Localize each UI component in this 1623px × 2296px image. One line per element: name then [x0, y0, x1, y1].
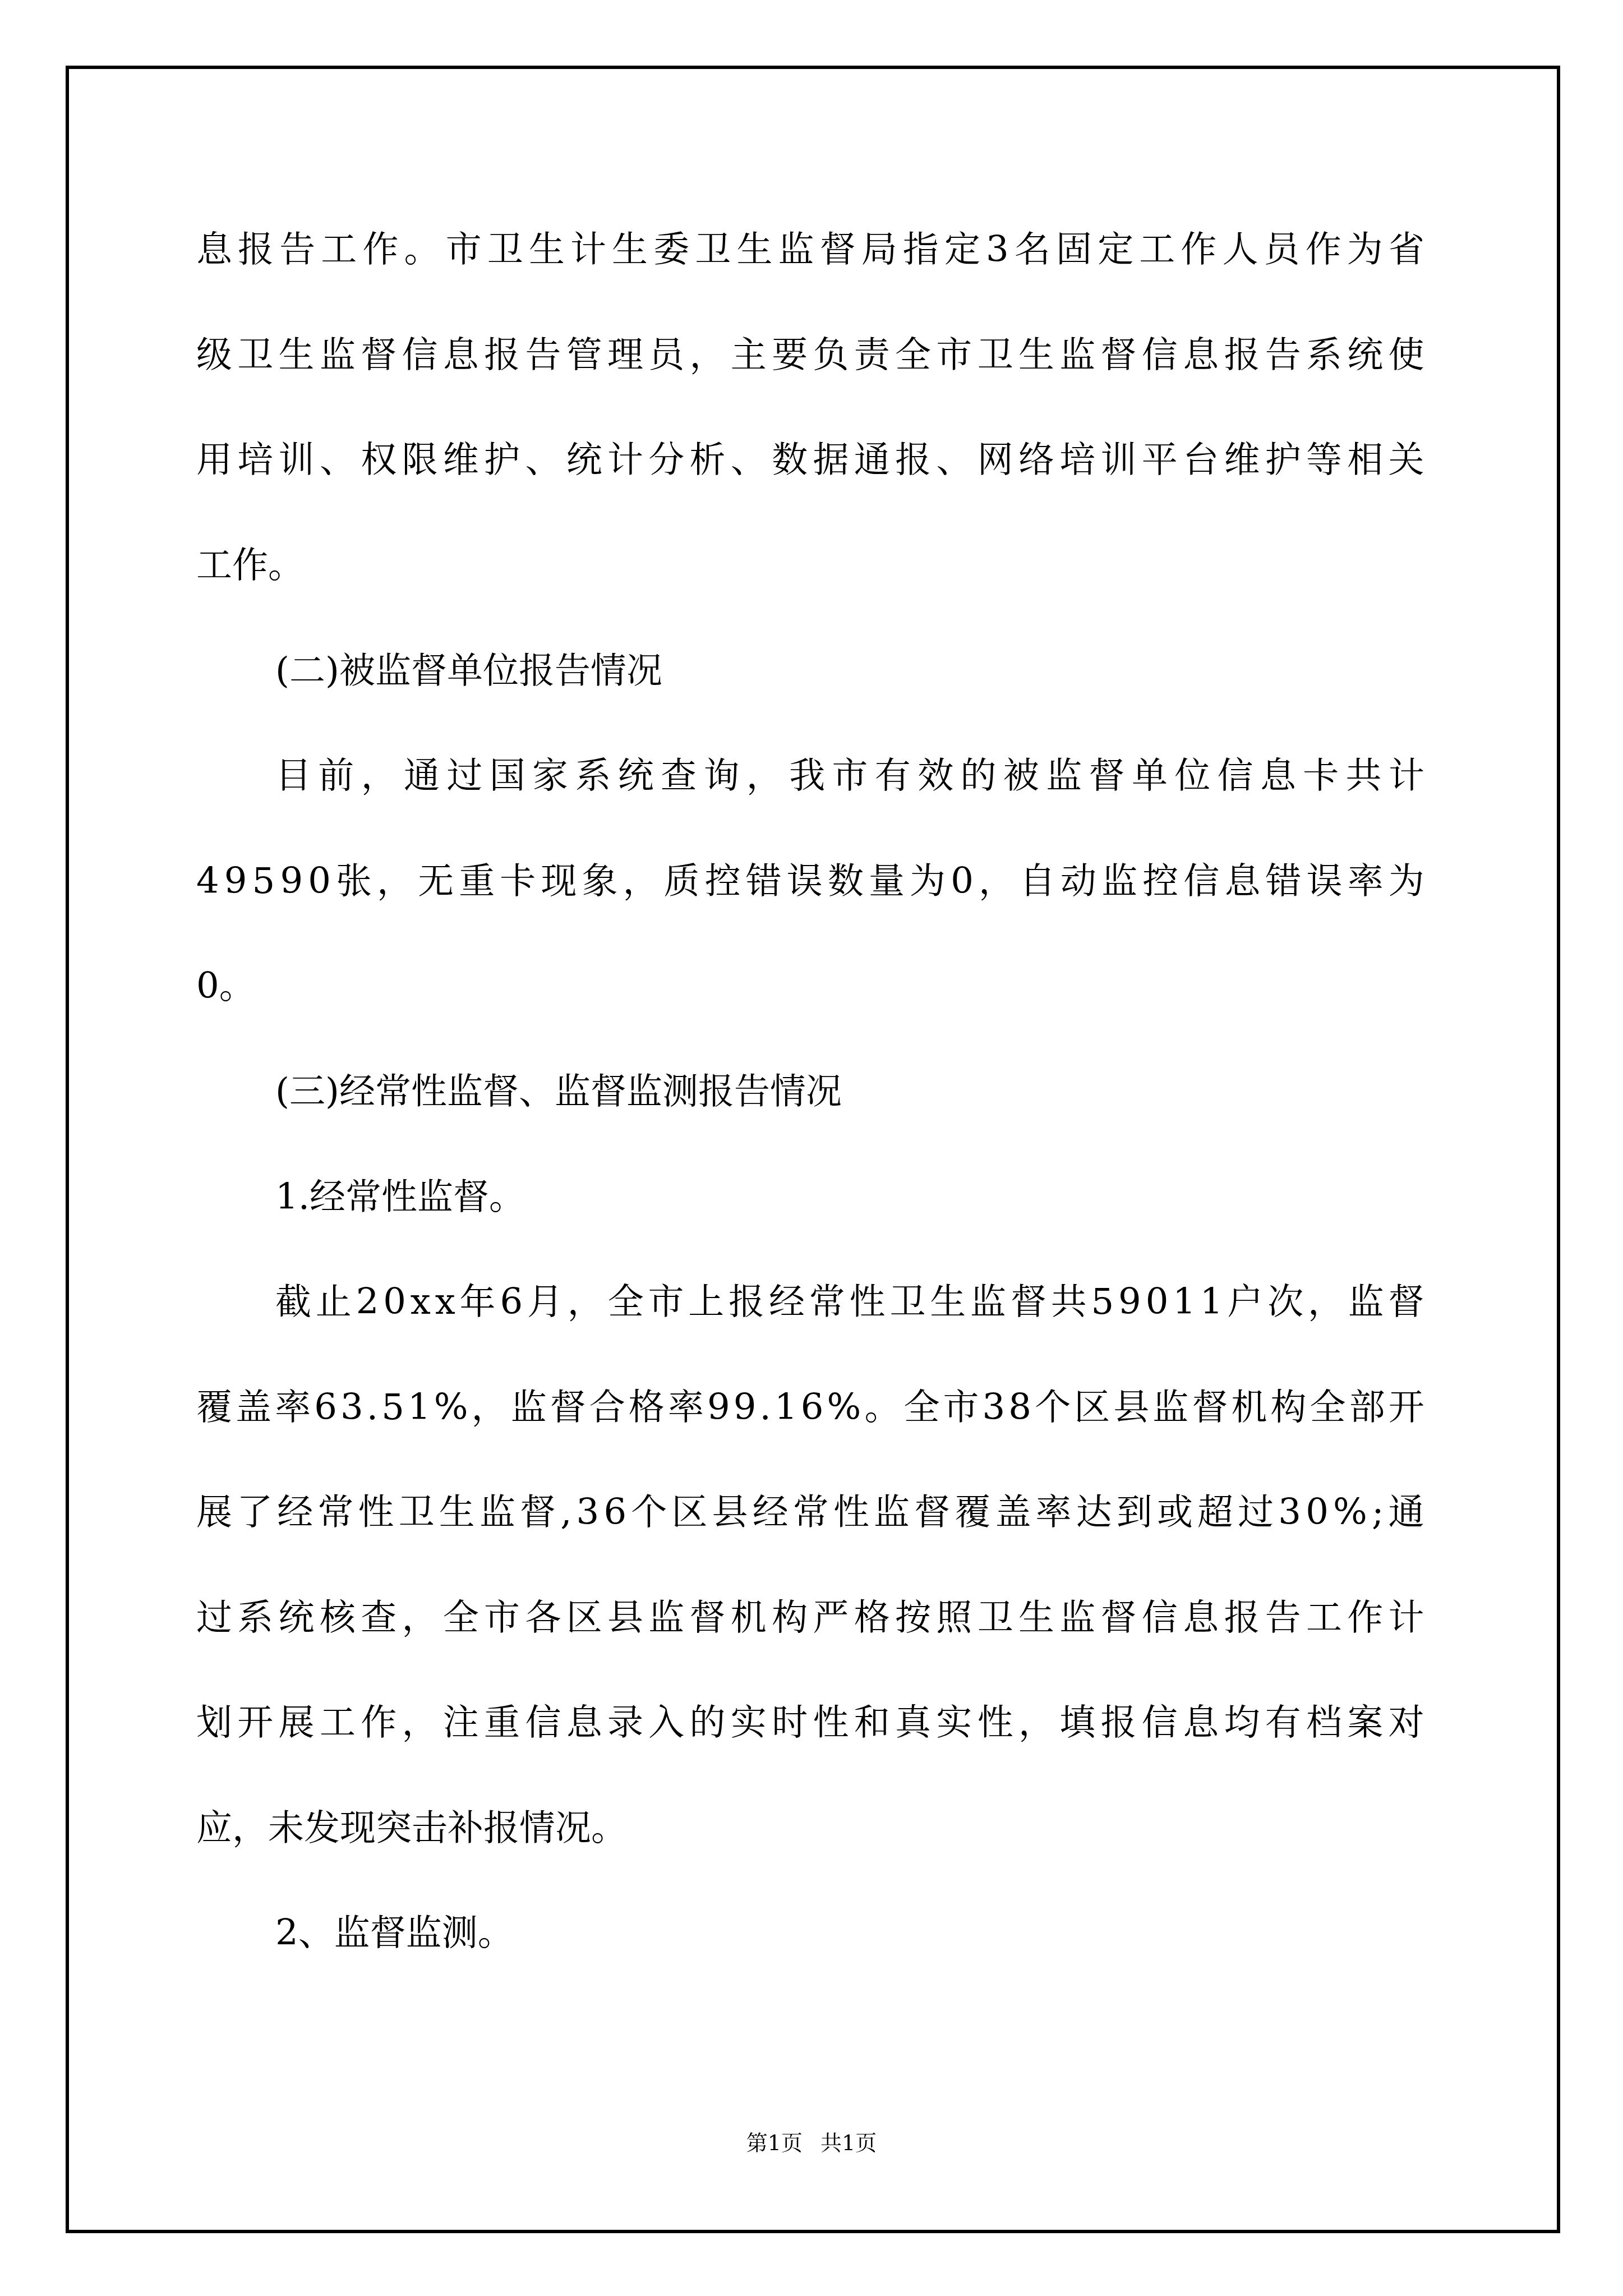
- glyph: 息: [1183, 1700, 1219, 1745]
- glyph: 监: [648, 1595, 684, 1640]
- glyph: 统: [566, 438, 602, 482]
- glyph: 按: [895, 1595, 931, 1640]
- glyph: 、: [936, 438, 972, 482]
- glyph: 督: [1101, 1595, 1137, 1640]
- glyph: 监: [970, 1280, 1006, 1324]
- glyph: 等: [1306, 438, 1342, 482]
- glyph: 卫: [978, 333, 1013, 378]
- glyph: 率: [1348, 859, 1384, 904]
- glyph: 定: [944, 227, 980, 272]
- glyph: %: [1333, 1490, 1367, 1535]
- glyph: 到: [1117, 1490, 1152, 1535]
- glyph: 9: [280, 859, 303, 904]
- glyph: 分: [648, 438, 684, 482]
- glyph: 固: [1056, 227, 1092, 272]
- glyph: 告: [279, 227, 315, 272]
- glyph: 定: [1098, 227, 1133, 272]
- glyph: 年: [460, 1280, 496, 1324]
- glyph: 实: [936, 1700, 972, 1745]
- glyph: 息: [566, 1700, 602, 1745]
- glyph: 控: [705, 859, 741, 904]
- text-line: 目前，通过国家系统查询，我市有效的被监督单位信息卡共计: [275, 753, 1424, 798]
- glyph: 家: [532, 753, 568, 798]
- glyph: 训: [1101, 438, 1137, 482]
- glyph: 要: [772, 333, 808, 378]
- glyph: 上: [688, 1280, 724, 1324]
- glyph: 对: [1389, 1700, 1424, 1745]
- glyph: 信: [1142, 1700, 1178, 1745]
- glyph: 超: [1197, 1490, 1233, 1535]
- glyph: 息: [1183, 333, 1219, 378]
- glyph: x: [411, 1280, 431, 1324]
- glyph: 卫: [978, 1595, 1013, 1640]
- glyph: 共: [1346, 753, 1382, 798]
- glyph: 个: [1035, 1385, 1071, 1430]
- glyph: 为: [1389, 859, 1424, 904]
- glyph: 通: [854, 438, 890, 482]
- glyph: 络: [1018, 438, 1054, 482]
- glyph: 通: [404, 753, 440, 798]
- glyph: 计: [1389, 1595, 1424, 1640]
- glyph: 3: [1278, 1490, 1301, 1535]
- glyph: ，: [377, 859, 413, 904]
- glyph: 各: [525, 1595, 561, 1640]
- glyph: 统: [1347, 333, 1383, 378]
- glyph: 经: [753, 1490, 789, 1535]
- glyph: 全: [895, 333, 931, 378]
- glyph: 或: [1157, 1490, 1193, 1535]
- glyph: 工: [320, 1700, 356, 1745]
- glyph: 市: [832, 753, 868, 798]
- glyph: 核: [320, 1595, 356, 1640]
- glyph: 开: [237, 1700, 273, 1745]
- glyph: 均: [1224, 1700, 1260, 1745]
- total-pages-label: 共1页: [820, 2131, 877, 2155]
- glyph: 员: [1264, 227, 1300, 272]
- glyph: 督: [1389, 1280, 1424, 1324]
- glyph: 训: [279, 438, 315, 482]
- glyph: 档: [1306, 1700, 1342, 1745]
- glyph: 报: [895, 438, 931, 482]
- glyph: 案: [1347, 1700, 1383, 1745]
- glyph: 4: [196, 859, 219, 904]
- glyph: 实: [731, 1700, 767, 1745]
- glyph: 5: [381, 1385, 404, 1430]
- glyph: 网: [978, 438, 1013, 482]
- glyph: 统: [279, 1595, 315, 1640]
- glyph: 使: [1389, 333, 1424, 378]
- glyph: 息: [443, 333, 479, 378]
- glyph: 监: [1059, 1595, 1095, 1640]
- glyph: 督: [1101, 333, 1137, 378]
- glyph: 生: [439, 1490, 475, 1535]
- glyph: 督: [1089, 753, 1125, 798]
- glyph: 个: [631, 1490, 667, 1535]
- glyph: 2: [356, 1280, 379, 1324]
- glyph: 重: [459, 859, 495, 904]
- glyph: 培: [237, 438, 273, 482]
- page-border: [66, 66, 1560, 2233]
- glyph: ，: [1018, 1700, 1054, 1745]
- glyph: 被: [1003, 753, 1039, 798]
- glyph: 、: [320, 438, 356, 482]
- glyph: 报: [484, 333, 520, 378]
- glyph: 区: [566, 1595, 602, 1640]
- glyph: 监: [1348, 1280, 1384, 1324]
- glyph: 县: [712, 1490, 748, 1535]
- glyph: 9: [707, 1385, 730, 1430]
- glyph: 卫: [399, 1490, 435, 1535]
- glyph: 6: [801, 1385, 824, 1430]
- glyph: 目: [275, 753, 311, 798]
- glyph: 性: [813, 1700, 849, 1745]
- glyph: 督: [690, 1595, 726, 1640]
- glyph: 6: [500, 1280, 523, 1324]
- glyph: 主: [731, 333, 767, 378]
- glyph: 卫: [487, 227, 523, 272]
- glyph: 员: [648, 333, 684, 378]
- glyph: 0: [1146, 1280, 1169, 1324]
- glyph: 信: [1142, 333, 1178, 378]
- glyph: 生: [1018, 1595, 1054, 1640]
- glyph: 市: [648, 1280, 684, 1324]
- glyph: 常: [793, 1490, 829, 1535]
- glyph: 9: [734, 1385, 757, 1430]
- glyph: 告: [1265, 333, 1301, 378]
- glyph: 严: [813, 1595, 849, 1640]
- glyph: 指: [903, 227, 939, 272]
- glyph: 格: [629, 1385, 665, 1430]
- glyph: 部: [1349, 1385, 1385, 1430]
- glyph: 率: [1036, 1490, 1072, 1535]
- text-line: 级卫生监督信息报告管理员，主要负责全市卫生监督信息报告系统使: [196, 333, 1424, 378]
- glyph: 有: [875, 753, 911, 798]
- glyph: 国: [490, 753, 525, 798]
- glyph: 合: [589, 1385, 625, 1430]
- glyph: 信: [1218, 753, 1253, 798]
- glyph: 县: [1113, 1385, 1149, 1430]
- subheading-2: 2、监督监测。: [275, 1911, 1424, 1955]
- glyph: 卫: [889, 1280, 925, 1324]
- glyph: 区: [1074, 1385, 1110, 1430]
- glyph: 信: [525, 1700, 561, 1745]
- glyph: 展: [279, 1700, 315, 1745]
- glyph: 性: [978, 1700, 1013, 1745]
- glyph: 3: [340, 1385, 363, 1430]
- glyph: 卡: [500, 859, 536, 904]
- text-line: 划开展工作，注重信息录入的实时性和真实性，填报信息均有档案对: [196, 1700, 1424, 1745]
- glyph: 位: [1174, 753, 1210, 798]
- glyph: 控: [1142, 859, 1178, 904]
- glyph: 构: [1271, 1385, 1307, 1430]
- glyph: 、: [731, 438, 767, 482]
- glyph: 卫: [695, 227, 731, 272]
- glyph: 责: [854, 333, 890, 378]
- glyph: 时: [772, 1700, 808, 1745]
- glyph: 维: [443, 438, 479, 482]
- glyph: 。: [864, 1385, 900, 1430]
- glyph: 督: [550, 1385, 586, 1430]
- glyph: 盖: [995, 1490, 1031, 1535]
- glyph: 督: [361, 333, 396, 378]
- glyph: 0: [383, 1280, 406, 1324]
- text-line: 工作。: [196, 543, 1424, 588]
- glyph: 信: [1183, 859, 1219, 904]
- glyph: .: [760, 1385, 771, 1430]
- glyph: 督: [820, 227, 856, 272]
- glyph: 委: [653, 227, 689, 272]
- glyph: 限: [402, 438, 437, 482]
- text-line: 49590张，无重卡现象，质控错误数量为0，自动监控信息错误率为: [196, 859, 1424, 904]
- glyph: 作: [362, 227, 398, 272]
- glyph: 名: [1015, 227, 1050, 272]
- glyph: 。: [404, 227, 440, 272]
- glyph: 张: [336, 859, 372, 904]
- glyph: 查: [661, 753, 697, 798]
- glyph: 作: [1306, 227, 1341, 272]
- glyph: 市: [484, 1595, 520, 1640]
- glyph: 监: [1046, 753, 1082, 798]
- glyph: 人: [1222, 227, 1258, 272]
- glyph: 单: [1132, 753, 1168, 798]
- glyph: ，: [402, 1595, 437, 1640]
- glyph: 注: [443, 1700, 479, 1745]
- glyph: 共: [1051, 1280, 1087, 1324]
- glyph: ，: [361, 753, 397, 798]
- glyph: 误: [1307, 859, 1343, 904]
- glyph: 督: [1192, 1385, 1228, 1430]
- glyph: 格: [854, 1595, 890, 1640]
- glyph: 盖: [236, 1385, 271, 1430]
- glyph: 0: [1306, 1490, 1329, 1535]
- glyph: 质: [664, 859, 700, 904]
- glyph: ，: [568, 1280, 603, 1324]
- glyph: ，: [979, 859, 1015, 904]
- glyph: 重: [484, 1700, 520, 1745]
- glyph: 监: [320, 333, 356, 378]
- glyph: 户: [1227, 1280, 1263, 1324]
- glyph: 的: [690, 1700, 726, 1745]
- page-footer: 第1页 共1页: [0, 2126, 1623, 2160]
- glyph: 性: [358, 1490, 394, 1535]
- glyph: 权: [361, 438, 396, 482]
- glyph: 生: [736, 227, 772, 272]
- glyph: 监: [778, 227, 814, 272]
- glyph: 理: [607, 333, 643, 378]
- glyph: 析: [690, 438, 726, 482]
- glyph: 了: [237, 1490, 273, 1535]
- glyph: 止: [316, 1280, 352, 1324]
- glyph: 报: [1224, 1595, 1260, 1640]
- glyph: 性: [833, 1490, 869, 1535]
- glyph: 息: [1260, 753, 1296, 798]
- glyph: 监: [874, 1490, 910, 1535]
- text-line: 0。: [196, 964, 1424, 1009]
- glyph: 、: [525, 438, 561, 482]
- glyph: 1: [408, 1385, 431, 1430]
- section-heading-2: (二)被监督单位报告情况: [275, 648, 1424, 693]
- glyph: 台: [1183, 438, 1219, 482]
- glyph: 护: [1265, 438, 1301, 482]
- glyph: 和: [854, 1700, 890, 1745]
- glyph: 现: [541, 859, 577, 904]
- glyph: 效: [917, 753, 953, 798]
- glyph: 市: [446, 227, 482, 272]
- glyph: 省: [1389, 227, 1424, 272]
- glyph: 督: [1011, 1280, 1046, 1324]
- glyph: 监: [1101, 859, 1137, 904]
- glyph: 的: [961, 753, 997, 798]
- glyph: 率: [668, 1385, 704, 1430]
- glyph: 常: [809, 1280, 845, 1324]
- glyph: 工: [1139, 227, 1175, 272]
- glyph: 达: [1076, 1490, 1112, 1535]
- subheading-1: 1.经常性监督。: [275, 1175, 1424, 1220]
- glyph: 全: [903, 1385, 939, 1430]
- glyph: 生: [612, 227, 648, 272]
- glyph: 8: [1008, 1385, 1031, 1430]
- glyph: 关: [1389, 438, 1424, 482]
- glyph: 截: [275, 1280, 311, 1324]
- glyph: 查: [361, 1595, 396, 1640]
- glyph: 系: [575, 753, 611, 798]
- glyph: 监: [479, 1490, 515, 1535]
- glyph: 计: [607, 438, 643, 482]
- glyph: 9: [224, 859, 247, 904]
- glyph: 9: [1118, 1280, 1141, 1324]
- glyph: 系: [237, 1595, 273, 1640]
- glyph: 工: [321, 227, 357, 272]
- glyph: 为: [1347, 227, 1383, 272]
- glyph: %: [827, 1385, 861, 1430]
- glyph: 量: [869, 859, 905, 904]
- glyph: 作: [1181, 227, 1216, 272]
- glyph: 市: [936, 333, 972, 378]
- glyph: 动: [1061, 859, 1096, 904]
- glyph: 月: [527, 1280, 563, 1324]
- glyph: 信: [1142, 1595, 1178, 1640]
- glyph: 3: [983, 1385, 1006, 1430]
- glyph: 生: [1018, 333, 1054, 378]
- glyph: 平: [1142, 438, 1178, 482]
- glyph: 管: [566, 333, 602, 378]
- glyph: 0: [951, 859, 974, 904]
- glyph: 维: [1224, 438, 1260, 482]
- glyph: 监: [1152, 1385, 1188, 1430]
- glyph: 划: [196, 1700, 232, 1745]
- glyph: 无: [418, 859, 454, 904]
- glyph: 息: [1224, 859, 1260, 904]
- glyph: 展: [196, 1490, 232, 1535]
- glyph: 为: [910, 859, 946, 904]
- glyph: 报: [1224, 333, 1260, 378]
- glyph: 级: [196, 333, 232, 378]
- glyph: 构: [772, 1595, 808, 1640]
- glyph: 生: [279, 333, 315, 378]
- glyph: ;: [1372, 1490, 1384, 1535]
- glyph: 全: [1310, 1385, 1346, 1430]
- glyph: 象: [582, 859, 617, 904]
- glyph: 信: [402, 333, 437, 378]
- glyph: 我: [789, 753, 825, 798]
- glyph: .: [367, 1385, 378, 1430]
- glyph: 息: [1183, 1595, 1219, 1640]
- glyph: 覆: [196, 1385, 232, 1430]
- glyph: 数: [772, 438, 808, 482]
- glyph: 机: [731, 1595, 767, 1640]
- glyph: x: [435, 1280, 455, 1324]
- glyph: ，: [472, 1385, 508, 1430]
- glyph: 过: [1238, 1490, 1274, 1535]
- glyph: 区: [671, 1490, 707, 1535]
- text-line: 息报告工作。市卫生计生委卫生监督局指定3名固定工作人员作为省: [196, 227, 1424, 272]
- glyph: 相: [1347, 438, 1383, 482]
- glyph: 数: [828, 859, 864, 904]
- glyph: 常: [317, 1490, 353, 1535]
- glyph: 误: [787, 859, 823, 904]
- text-line: 过系统核查，全市各区县监督机构严格按照卫生监督信息报告工作计: [196, 1595, 1424, 1640]
- glyph: 监: [1059, 333, 1095, 378]
- glyph: 统: [618, 753, 654, 798]
- glyph: 0: [308, 859, 331, 904]
- glyph: 真: [895, 1700, 931, 1745]
- glyph: 局: [861, 227, 897, 272]
- text-line: 应，未发现突击补报情况。: [196, 1806, 1424, 1851]
- glyph: ，: [623, 859, 659, 904]
- glyph: 计: [570, 227, 606, 272]
- glyph: ，: [1308, 1280, 1344, 1324]
- glyph: 全: [608, 1280, 644, 1324]
- glyph: 1: [1200, 1280, 1223, 1324]
- glyph: 卡: [1303, 753, 1339, 798]
- glyph: 错: [746, 859, 782, 904]
- glyph: 报: [1101, 1700, 1137, 1745]
- glyph: 3: [986, 227, 1009, 272]
- glyph: 过: [446, 753, 482, 798]
- glyph: 性: [850, 1280, 886, 1324]
- glyph: 录: [607, 1700, 643, 1745]
- glyph: 培: [1059, 438, 1095, 482]
- text-line: 用培训、权限维护、统计分析、数据通报、网络培训平台维护等相关: [196, 438, 1424, 482]
- glyph: 经: [769, 1280, 805, 1324]
- glyph: 前: [318, 753, 354, 798]
- glyph: 报: [728, 1280, 764, 1324]
- glyph: 开: [1389, 1385, 1424, 1430]
- glyph: 覆: [955, 1490, 990, 1535]
- glyph: 告: [525, 333, 561, 378]
- section-heading-3: (三)经常性监督、监督监测报告情况: [275, 1069, 1424, 1114]
- glyph: ，: [690, 333, 726, 378]
- glyph: 率: [275, 1385, 311, 1430]
- glyph: 照: [936, 1595, 972, 1640]
- glyph: 5: [252, 859, 275, 904]
- glyph: 全: [443, 1595, 479, 1640]
- glyph: 6: [603, 1490, 626, 1535]
- current-page-label: 第1页: [746, 2131, 803, 2155]
- glyph: 用: [196, 438, 232, 482]
- glyph: 3: [577, 1490, 600, 1535]
- glyph: 询: [703, 753, 739, 798]
- glyph: 6: [314, 1385, 337, 1430]
- glyph: 告: [1265, 1595, 1301, 1640]
- glyph: 1: [1173, 1280, 1196, 1324]
- glyph: 督: [520, 1490, 556, 1535]
- glyph: 报: [238, 227, 274, 272]
- glyph: 过: [196, 1595, 232, 1640]
- glyph: 负: [813, 333, 849, 378]
- glyph: 工: [1306, 1595, 1342, 1640]
- glyph: 有: [1265, 1700, 1301, 1745]
